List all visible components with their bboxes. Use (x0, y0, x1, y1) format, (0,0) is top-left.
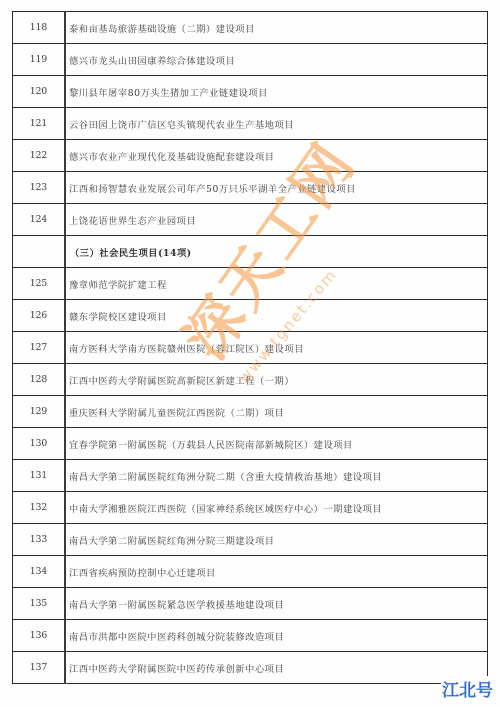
project-name: 云谷田园上饶市广信区皂头镇现代农业生产基地项目 (65, 108, 488, 140)
row-number: 135 (13, 588, 66, 620)
project-name: 南昌大学第二附属医院红角洲分院三期建设项目 (65, 524, 488, 556)
project-name: 重庆医科大学附属儿童医院江西医院（二期）项目 (65, 396, 488, 428)
project-name: 江西中医药大学附属医院中医药传承创新中心项目 (65, 652, 488, 684)
project-name: 泰和亩基岛旅游基础设施（二期）建设项目 (65, 12, 488, 44)
section-header-row: （三）社会民生项目(14项) (13, 236, 488, 268)
row-number: 132 (13, 492, 66, 524)
project-name: 江西省疾病预防控制中心迁建项目 (65, 556, 488, 588)
table-row: 136 南昌市洪都中医院中医药科创城分院装修改造项目 (13, 620, 488, 652)
row-number: 124 (13, 204, 66, 236)
table-row: 119 德兴市龙头山田园康养综合体建设项目 (13, 44, 488, 76)
project-name: 豫章师范学院扩建工程 (65, 268, 488, 300)
project-name: 德兴市农业产业现代化及基础设施配套建设项目 (65, 140, 488, 172)
row-number: 123 (13, 172, 66, 204)
row-number: 119 (13, 44, 66, 76)
row-number (13, 236, 66, 268)
project-name: 德兴市龙头山田园康养综合体建设项目 (65, 44, 488, 76)
section-title: （三）社会民生项目(14项) (65, 236, 488, 268)
table-row: 132 中南大学湘雅医院江西医院（国家神经系统区域医疗中心）一期建设项目 (13, 492, 488, 524)
row-number: 130 (13, 428, 66, 460)
table-row: 123 江西和扬智慧农业发展公司年产50万只乐平湖羊全产业链建设项目 (13, 172, 488, 204)
project-name: 南昌市洪都中医院中医药科创城分院装修改造项目 (65, 620, 488, 652)
project-name: 江西和扬智慧农业发展公司年产50万只乐平湖羊全产业链建设项目 (65, 172, 488, 204)
project-name: 黎川县年屠宰80万头生猪加工产业链建设项目 (65, 76, 488, 108)
row-number: 125 (13, 268, 66, 300)
row-number: 134 (13, 556, 66, 588)
project-name: 中南大学湘雅医院江西医院（国家神经系统区域医疗中心）一期建设项目 (65, 492, 488, 524)
table-row: 125 豫章师范学院扩建工程 (13, 268, 488, 300)
table-row: 118 泰和亩基岛旅游基础设施（二期）建设项目 (13, 12, 488, 44)
table-row: 124 上饶花语世界生态产业园项目 (13, 204, 488, 236)
table-row: 126 赣东学院校区建设项目 (13, 300, 488, 332)
row-number: 120 (13, 76, 66, 108)
project-name: 南昌大学第二附属医院红角洲分院二期（含重大疫情救治基地）建设项目 (65, 460, 488, 492)
project-name: 宜春学院第一附属医院（万载县人民医院南部新城院区）建设项目 (65, 428, 488, 460)
row-number: 121 (13, 108, 66, 140)
table-row: 120 黎川县年屠宰80万头生猪加工产业链建设项目 (13, 76, 488, 108)
table-row: 130 宜春学院第一附属医院（万载县人民医院南部新城院区）建设项目 (13, 428, 488, 460)
project-table: 118 泰和亩基岛旅游基础设施（二期）建设项目 119 德兴市龙头山田园康养综合… (12, 11, 488, 684)
table-row: 121 云谷田园上饶市广信区皂头镇现代农业生产基地项目 (13, 108, 488, 140)
row-number: 133 (13, 524, 66, 556)
project-name: 江西中医药大学附属医院高新院区新建工程（一期） (65, 364, 488, 396)
table-row: 135 南昌大学第一附属医院紧急医学救援基地建设项目 (13, 588, 488, 620)
row-number: 126 (13, 300, 66, 332)
row-number: 127 (13, 332, 66, 364)
document-page: 118 泰和亩基岛旅游基础设施（二期）建设项目 119 德兴市龙头山田园康养综合… (0, 0, 500, 707)
project-name: 南昌大学第一附属医院紧急医学救援基地建设项目 (65, 588, 488, 620)
table-row: 131 南昌大学第二附属医院红角洲分院二期（含重大疫情救治基地）建设项目 (13, 460, 488, 492)
row-number: 122 (13, 140, 66, 172)
row-number: 131 (13, 460, 66, 492)
row-number: 136 (13, 620, 66, 652)
project-name: 赣东学院校区建设项目 (65, 300, 488, 332)
table-row: 122 德兴市农业产业现代化及基础设施配套建设项目 (13, 140, 488, 172)
table-row: 137 江西中医药大学附属医院中医药传承创新中心项目 (13, 652, 488, 684)
row-number: 137 (13, 652, 66, 684)
row-number: 118 (13, 12, 66, 44)
table-row: 127 南方医科大学南方医院赣州医院（蓉江院区）建设项目 (13, 332, 488, 364)
brand-logo: 江北号 (441, 676, 494, 701)
table-row: 133 南昌大学第二附属医院红角洲分院三期建设项目 (13, 524, 488, 556)
row-number: 128 (13, 364, 66, 396)
table-row: 134 江西省疾病预防控制中心迁建项目 (13, 556, 488, 588)
table-row: 128 江西中医药大学附属医院高新院区新建工程（一期） (13, 364, 488, 396)
table-row: 129 重庆医科大学附属儿童医院江西医院（二期）项目 (13, 396, 488, 428)
project-name: 南方医科大学南方医院赣州医院（蓉江院区）建设项目 (65, 332, 488, 364)
project-name: 上饶花语世界生态产业园项目 (65, 204, 488, 236)
row-number: 129 (13, 396, 66, 428)
